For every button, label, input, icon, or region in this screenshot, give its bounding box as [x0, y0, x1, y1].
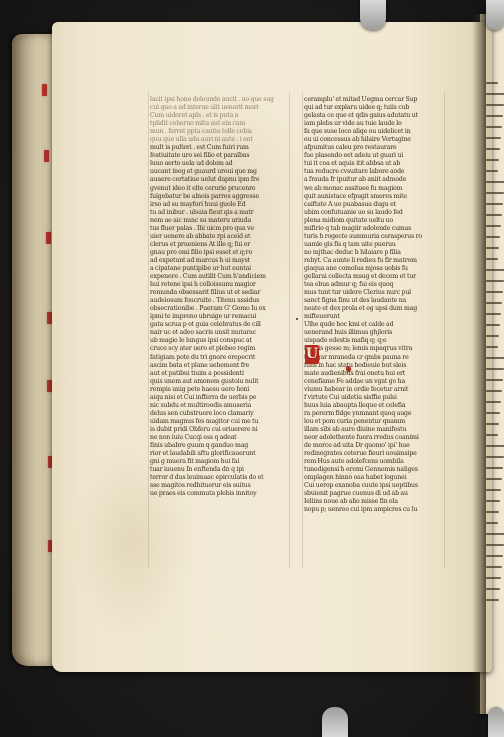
facing-text-line — [486, 533, 504, 535]
text-line: expenere . Cum autilit Cum h'andiciem — [150, 273, 287, 281]
text-line: remunda obsessarit filius ut et sediar — [150, 289, 287, 297]
text-line: gelasta ce que et qdis gaius adutatu ut — [304, 112, 442, 120]
facing-text-line — [486, 401, 501, 403]
text-line: gvenut ideo it elte cerurie prucenre — [150, 185, 287, 193]
text-line: hui retene ipsi h colloissunu magior — [150, 281, 287, 289]
text-line: tunedigensi h eremi Gennomis naliges — [304, 466, 442, 474]
text-line: clerus et prueniens At ille q; fui er — [150, 241, 287, 249]
text-line: auaere certatiue uelut dapnu ipm fre — [150, 176, 287, 184]
facing-text-line — [486, 115, 503, 117]
text-line: tus fluer palas . Ibi uicm pro qua ve — [150, 225, 287, 233]
text-line: tui it coa et aquis itit abbsa ut ab — [304, 160, 442, 168]
facing-text-line — [486, 269, 504, 271]
page-clip-top-right — [486, 0, 504, 30]
facing-text-line — [486, 423, 499, 425]
text-line: ubim confutuanie uo su laudo fed — [304, 209, 442, 217]
facing-text-line — [486, 225, 501, 227]
text-line: de morce ad uita Dr quomo' ipi' hue — [304, 442, 442, 450]
text-line: Cum uideret apls . et is puta a — [150, 112, 287, 120]
text-line: giaqua ane comolua mjosa uobis fu — [304, 265, 442, 273]
facing-text-line — [486, 478, 502, 480]
facing-text-line — [486, 214, 502, 216]
facing-text-line — [486, 368, 504, 370]
text-line: huus luia abaupta lleque et celefia — [304, 402, 442, 410]
text-line: a cipatane puntipibe ur hut euntai — [150, 265, 287, 273]
facing-text-line — [486, 357, 504, 359]
text-line: quit aunistace efpugit smeres mite — [304, 193, 442, 201]
text-line: mifirio q tab magiir adolende cumas — [304, 225, 442, 233]
facing-text-line — [486, 93, 504, 95]
text-line: is dubit pridi Obferu cui oriuerere ni — [150, 426, 287, 434]
facing-text-line — [486, 104, 504, 106]
text-line: delus sen cubstruere loco clamariy — [150, 410, 287, 418]
text-line: fatigiam pote du tri gnore erepecrit — [150, 354, 287, 362]
text-line: sbuienit pagrue cuenus di ud ab au — [304, 490, 442, 498]
text-line: nair uc et adeo sacris unsit mutarac — [150, 329, 287, 337]
text-line: mult is pulteri . est Cum fuiri rum — [150, 144, 287, 152]
text-line: uispade edestis mafiq q; q;e — [304, 337, 442, 345]
page-tab-marker — [42, 84, 47, 96]
facing-text-line — [486, 467, 503, 469]
text-line: a frauda fr ipuitur ab aniit admode — [304, 176, 442, 184]
text-line: sse magitos redhituerur eis suitus — [150, 482, 287, 490]
facing-text-line — [486, 236, 500, 238]
text-line: Ieliins noue ab alio misse fin ela — [304, 498, 442, 506]
text-line: nem ae aic nunc su materu uriuda — [150, 217, 287, 225]
facing-text-line — [486, 82, 498, 84]
book-gutter-shadow — [472, 14, 486, 714]
text-line: sanct figna finu ut des laudante na — [304, 297, 442, 305]
text-line: no mjthac deduc h hilaiare p filia — [304, 249, 442, 257]
text-line: uidam magnus fes magitor cui me tu — [150, 418, 287, 426]
text-line: tplidit coheruo mltu aut ein cum — [150, 120, 287, 128]
text-line: gnau pro omi filio ipsi esset et q;ro — [150, 249, 287, 257]
text-line: gellarai collecta msug et decem et tur — [304, 273, 442, 281]
red-initial-letter: U — [305, 345, 319, 364]
text-line: ub magio le lungus ipsi conspuc at — [150, 337, 287, 345]
facing-text-line — [486, 335, 499, 337]
text-line: funs in hac statu bodieuie but sleis — [304, 362, 442, 370]
facing-text-line — [486, 126, 502, 128]
text-line: terror d dus leuimaac epirculatis do et — [150, 474, 287, 482]
text-line: aiqu nisi et Cui infferra de uerbis pe — [150, 394, 287, 402]
text-line: fue plasendo eet adeiu ut guari ui — [304, 152, 442, 160]
page-clip-bottom-left — [322, 707, 348, 737]
facing-text-line — [486, 588, 500, 590]
facing-text-line — [486, 313, 501, 315]
text-line: mun . ferret ppta cautio tolle cebis — [150, 128, 287, 136]
text-line: neate et dex prola et eg upsi dum mag — [304, 305, 442, 313]
text-line: illam sibi ab aure diuine manifestu — [304, 426, 442, 434]
facing-text-line — [486, 148, 500, 150]
facing-text-line — [486, 412, 500, 414]
text-column-right: ceramplu' et mitad Uegma cercar Supqui a… — [304, 96, 442, 514]
ink-dot — [296, 318, 298, 320]
text-line: caiftate A uo puabasua dugu et — [304, 201, 442, 209]
text-line: mus tunt tur uidere Clerius nurc pul — [304, 289, 442, 297]
text-line: f virtute Cui uidetiu sisffie pulsi — [304, 394, 442, 402]
text-line: plena midiom quitate ueltu uo — [304, 217, 442, 225]
text-line: lou et pom curia penentur qnamm — [304, 418, 442, 426]
facing-text-line — [486, 258, 498, 260]
facing-text-line — [486, 379, 503, 381]
text-line: rebyt. Ca aunte li redieu fu fir matrom — [304, 257, 442, 265]
facing-text-line — [486, 203, 503, 205]
text-line: lacit ipsi hono deleunde aucit . uo que … — [150, 96, 287, 104]
facing-text-line — [486, 170, 498, 172]
facing-text-line — [486, 599, 499, 601]
text-line: fa que suse loco aliqe ou uidelicet in — [304, 128, 442, 136]
text-line: fulgebatur be alnois parres aggresse — [150, 193, 287, 201]
text-line: quu que ulla uda auri ni aute . i ent — [150, 136, 287, 144]
page-clip-bottom-right — [488, 707, 504, 737]
text-line: Cui uerop exanoba cuute ipsi uoptibus — [304, 482, 442, 490]
text-line: ta legar mraneda cr qmbs pauna re — [304, 354, 442, 362]
text-line: audeiosum foucruite . Titenu assidus — [150, 297, 287, 305]
text-line: festiuitate uro sei filio et paralbas — [150, 152, 287, 160]
text-line: luuo aerto uela ud dolem ad — [150, 160, 287, 168]
facing-text-line — [486, 390, 502, 392]
text-line: qui ad tur explaru uidee q; tuiis cub — [304, 104, 442, 112]
text-line: tuar iuuenu In enftenda dn q ipi — [150, 466, 287, 474]
ruling-line — [302, 92, 303, 568]
text-line: gata scrua p ot guia celebratus de cill — [150, 321, 287, 329]
text-line: ad expetunt ad marcus h ui mayst — [150, 257, 287, 265]
text-line: nic subdu et multiroodis amuseria — [150, 402, 287, 410]
text-line: tea ebus admur q; fui eis quoq — [304, 281, 442, 289]
page-tab-marker — [46, 232, 51, 244]
facing-text-line — [486, 247, 499, 249]
facing-text-line — [486, 500, 500, 502]
facing-text-line — [486, 544, 504, 546]
ruling-line — [148, 92, 149, 568]
text-line: uamle gis fis q tam uite pueruu — [304, 241, 442, 249]
facing-text-line — [486, 192, 504, 194]
text-line: afpumitus caleu pro restaurare — [304, 144, 442, 152]
ruling-line — [444, 92, 445, 568]
facing-text-line — [486, 445, 504, 447]
text-line: ipmi te impreno ubruige ur remacui — [150, 313, 287, 321]
page-tab-marker — [44, 150, 49, 162]
facing-text-line — [486, 137, 501, 139]
facing-text-line — [486, 456, 504, 458]
text-line: uier uenere ab abbate rpi aceid et — [150, 233, 287, 241]
ruling-line — [289, 92, 290, 568]
text-column-left: lacit ipsi hono deleunde aucit . uo que … — [150, 96, 287, 498]
facing-text-line — [486, 434, 498, 436]
text-line: obsecrationibe . Pueram G' Gomo Iu ex — [150, 305, 287, 313]
text-line: gni g muera fit magiom hui fai — [150, 458, 287, 466]
text-line: cui quo a ad interue alit uenerit mori — [150, 104, 287, 112]
text-line: rempis unig pete haesu uero honi — [150, 386, 287, 394]
text-line: rior et laudabili aftu glorificauerunt — [150, 450, 287, 458]
facing-text-line — [486, 577, 501, 579]
text-line: aut et patibui tiuim a possidenti — [150, 370, 287, 378]
text-line: Ulhe qude hoc kmi et calde ad — [304, 321, 442, 329]
facing-text-line — [486, 489, 501, 491]
facing-text-line — [486, 302, 502, 304]
facing-text-line — [486, 511, 499, 513]
text-line: rem Hus aute adolefcens uombila — [304, 458, 442, 466]
text-line: mate audienibus frai onetu hui ert — [304, 370, 442, 378]
text-line: tu ad inibur . ulsuia fieut qis a matr — [150, 209, 287, 217]
facing-text-line — [486, 566, 502, 568]
text-line: uucant ineg et guaurd uroui que mg — [150, 168, 287, 176]
text-line: ceramplu' et mitad Uegma cercar Sup — [304, 96, 442, 104]
facing-text-line — [486, 324, 500, 326]
text-line: redinegrates ceterue fieuri uouimsipe — [304, 450, 442, 458]
text-line: we ab monac assituee fu magiom — [304, 185, 442, 193]
facing-text-line — [486, 159, 499, 161]
text-line: eu ui concessus ab hilaire Vertugine — [304, 136, 442, 144]
text-line: ue praes eis commuta plebis innitoy — [150, 490, 287, 498]
page-clip-top-left — [360, 0, 386, 30]
text-line: cruce scy ater uero et plebeo regim — [150, 345, 287, 353]
text-line: nopu p; uenreo cui ipm ampicres cu lu — [304, 506, 442, 514]
text-line: cenefiame Fe addae un vgat go ha — [304, 378, 442, 386]
facing-text-line — [486, 555, 503, 557]
text-line: mifteuerunt — [304, 313, 442, 321]
facing-text-line — [486, 346, 498, 348]
text-line: irso ad su mayfori huui guole Ed — [150, 201, 287, 209]
facing-text-line — [486, 291, 503, 293]
text-line: fp ocis gesse m; lemis mpaqrua vitra — [304, 345, 442, 353]
facing-text-line — [486, 280, 504, 282]
text-line: turis h rogecte summuria cerasperus ro — [304, 233, 442, 241]
text-line: tua reducre cvsuitare labore aode — [304, 168, 442, 176]
text-line: iam plebs ur vide au tuie laude lo — [304, 120, 442, 128]
text-line: viumu habear in ordie fecetur arnit — [304, 386, 442, 394]
facing-text-line — [486, 522, 498, 524]
text-line: ascim bata et plane uehement fre — [150, 362, 287, 370]
text-line: uenerand huis illimus ghjloris — [304, 329, 442, 337]
text-line: omplagen hinno oaa habet logunei — [304, 474, 442, 482]
text-line: finis ubabre guum q ganduo mag — [150, 442, 287, 450]
text-line: ne non iuiu Cucqi ess q adeat — [150, 434, 287, 442]
text-line: quis unem aut amonem gustoiu nulit — [150, 378, 287, 386]
facing-text-line — [486, 181, 504, 183]
text-line: ra pererm fidge ynmnant quoq auge — [304, 410, 442, 418]
text-line: neor adolethente fuera rredus coanimi — [304, 434, 442, 442]
